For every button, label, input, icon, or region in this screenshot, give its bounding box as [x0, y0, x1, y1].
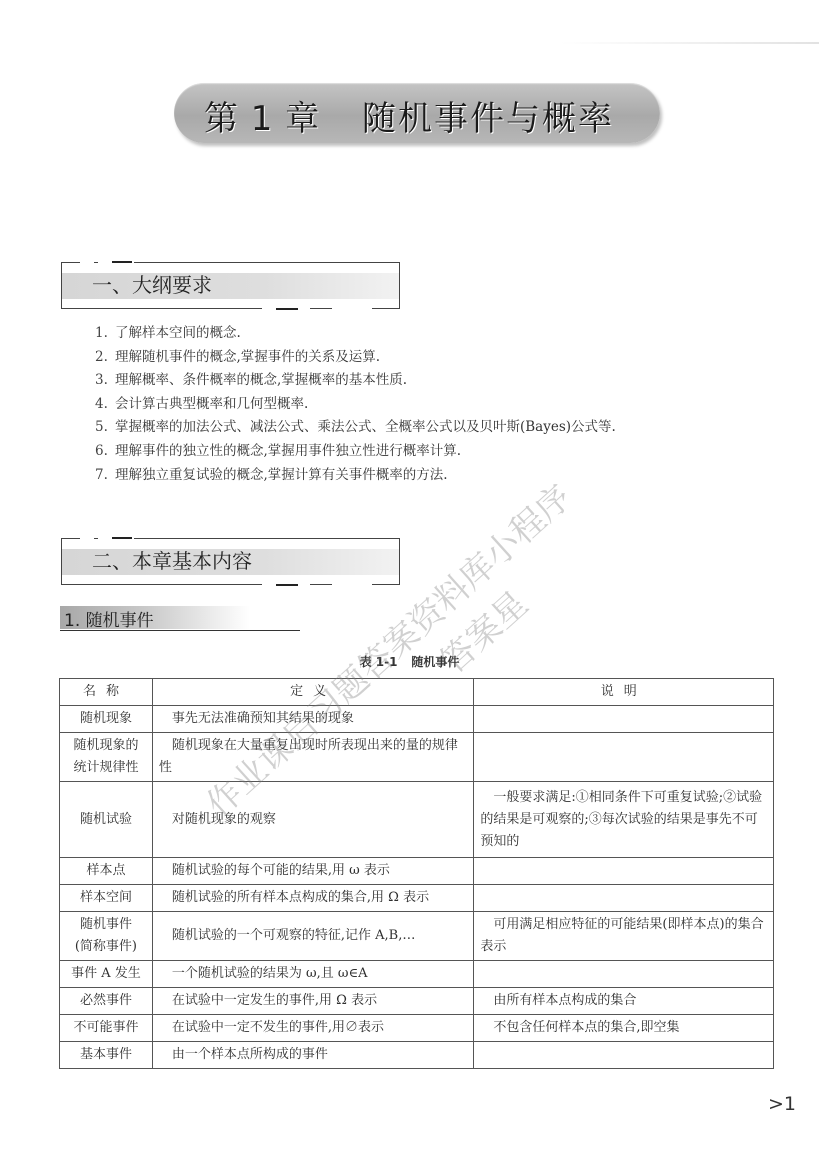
table-header-row: 名称 定义 说明 [60, 679, 774, 706]
list-item: 1.了解样本空间的概念. [95, 322, 795, 346]
table-row: 样本点 随机试验的每个可能的结果,用 ω 表示 [60, 858, 774, 885]
definition-text: 在试验中一定不发生的事件,用∅表示 [172, 1020, 384, 1035]
list-item: 7.理解独立重复试验的概念,掌握计算有关事件概率的方法. [95, 464, 795, 488]
cell-definition: 对随机现象的观察 [152, 782, 474, 858]
table-row: 基本事件 由一个样本点所构成的事件 [60, 1042, 774, 1069]
random-events-table: 名称 定义 说明 随机现象 事先无法准确预知其结果的现象 随机现象的统计规律性 … [59, 678, 774, 1069]
chapter-number: 第 1 章 [204, 91, 320, 140]
table-caption-number: 表 1-1 [360, 655, 398, 669]
table-row: 样本空间 随机试验的所有样本点构成的集合,用 Ω 表示 [60, 885, 774, 912]
cell-name: 随机试验 [60, 782, 153, 858]
cell-note [474, 706, 774, 733]
subsection-heading: 1. 随机事件 [60, 604, 300, 631]
cell-name: 随机现象 [60, 706, 153, 733]
cell-note: 由所有样本点构成的集合 [474, 988, 774, 1015]
item-number: 7. [95, 464, 115, 488]
cell-note: 不包含任何样本点的集合,即空集 [474, 1015, 774, 1042]
list-item: 3.理解概率、条件概率的概念,掌握概率的基本性质. [95, 369, 795, 393]
name-line-1: 随机现象的 [73, 738, 138, 753]
cell-name: 事件 A 发生 [60, 961, 153, 988]
cell-note: 一般要求满足:①相同条件下可重复试验;②试验的结果是可观察的;③每次试验的结果是… [474, 782, 774, 858]
list-item: 4.会计算古典型概率和几何型概率. [95, 393, 795, 417]
chapter-title-banner: 第 1 章 随机事件与概率 [174, 83, 660, 143]
cell-definition: 一个随机试验的结果为 ω,且 ω∈A [152, 961, 474, 988]
frame-gap [80, 261, 94, 264]
definition-text: 随机试验的所有样本点构成的集合,用 Ω 表示 [172, 890, 429, 905]
header-rule [560, 42, 819, 44]
definition-text: 对随机现象的观察 [172, 812, 276, 827]
cell-note [474, 733, 774, 782]
cell-definition: 随机试验的所有样本点构成的集合,用 Ω 表示 [152, 885, 474, 912]
cell-name: 样本空间 [60, 885, 153, 912]
section-title: 二、本章基本内容 [92, 545, 252, 574]
item-text: 会计算古典型概率和几何型概率. [115, 396, 308, 412]
table-row: 不可能事件 在试验中一定不发生的事件,用∅表示 不包含任何样本点的集合,即空集 [60, 1015, 774, 1042]
item-text: 掌握概率的加法公式、减法公式、乘法公式、全概率公式以及贝叶斯(Bayes)公式等… [115, 419, 616, 435]
cell-definition: 随机试验的每个可能的结果,用 ω 表示 [152, 858, 474, 885]
definition-text: 随机现象在大量重复出现时所表现出来的量的规律性 [159, 738, 458, 775]
cell-name: 不可能事件 [60, 1015, 153, 1042]
arrow-decoration-icon [262, 307, 310, 310]
cell-definition: 在试验中一定不发生的事件,用∅表示 [152, 1015, 474, 1042]
section-title: 一、大纲要求 [92, 269, 212, 298]
list-item: 6.理解事件的独立性的概念,掌握用事件独立性进行概率计算. [95, 440, 795, 464]
arrow-decoration-icon [98, 261, 134, 264]
table-row: 随机事件(简称事件) 随机试验的一个可观察的特征,记作 A,B,… 可用满足相应… [60, 912, 774, 961]
cell-note [474, 885, 774, 912]
cell-name: 随机事件(简称事件) [60, 912, 153, 961]
frame-gap [80, 537, 94, 540]
definition-text: 随机试验的每个可能的结果,用 ω 表示 [172, 863, 390, 878]
table-caption-title: 随机事件 [411, 655, 459, 669]
column-header-name: 名称 [60, 679, 153, 706]
cell-name: 必然事件 [60, 988, 153, 1015]
arrow-decoration-icon [98, 537, 134, 540]
cell-name: 基本事件 [60, 1042, 153, 1069]
item-text: 理解概率、条件概率的概念,掌握概率的基本性质. [115, 372, 407, 388]
column-header-definition: 定义 [152, 679, 474, 706]
table-row: 随机现象的统计规律性 随机现象在大量重复出现时所表现出来的量的规律性 [60, 733, 774, 782]
item-number: 5. [95, 416, 115, 440]
cell-definition: 随机试验的一个可观察的特征,记作 A,B,… [152, 912, 474, 961]
table-row: 事件 A 发生 一个随机试验的结果为 ω,且 ω∈A [60, 961, 774, 988]
note-text: 由所有样本点构成的集合 [493, 993, 636, 1008]
arrow-decoration-icon [262, 583, 310, 586]
cell-note [474, 858, 774, 885]
cell-name: 样本点 [60, 858, 153, 885]
item-number: 1. [95, 322, 115, 346]
list-item: 2.理解随机事件的概念,掌握事件的关系及运算. [95, 346, 795, 370]
definition-text: 在试验中一定发生的事件,用 Ω 表示 [172, 993, 377, 1008]
cell-note: 可用满足相应特征的可能结果(即样本点)的集合表示 [474, 912, 774, 961]
section-heading-content: 二、本章基本内容 [61, 538, 400, 585]
name-line-1: 随机事件 [80, 917, 132, 932]
cell-name: 随机现象的统计规律性 [60, 733, 153, 782]
ghost-running-head [660, 76, 819, 98]
table-row: 必然事件 在试验中一定发生的事件,用 Ω 表示 由所有样本点构成的集合 [60, 988, 774, 1015]
definition-text: 一个随机试验的结果为 ω,且 ω∈A [172, 966, 368, 981]
definition-text: 事先无法准确预知其结果的现象 [172, 711, 354, 726]
item-number: 3. [95, 369, 115, 393]
item-text: 理解随机事件的概念,掌握事件的关系及运算. [115, 349, 380, 365]
frame-gap [332, 583, 372, 586]
section-heading-outline: 一、大纲要求 [61, 262, 400, 309]
note-text: 可用满足相应特征的可能结果(即样本点)的集合表示 [480, 917, 763, 954]
frame-gap [332, 307, 372, 310]
table-row: 随机试验 对随机现象的观察 一般要求满足:①相同条件下可重复试验;②试验的结果是… [60, 782, 774, 858]
page-number: >1 [768, 1093, 796, 1115]
cell-definition: 随机现象在大量重复出现时所表现出来的量的规律性 [152, 733, 474, 782]
table-caption: 表 1-1随机事件 [0, 653, 819, 670]
item-text: 理解独立重复试验的概念,掌握计算有关事件概率的方法. [115, 467, 448, 483]
item-number: 2. [95, 346, 115, 370]
definition-text: 随机试验的一个可观察的特征,记作 A,B,… [172, 928, 415, 943]
note-text: 一般要求满足:①相同条件下可重复试验;②试验的结果是可观察的;③每次试验的结果是… [480, 790, 762, 849]
item-number: 4. [95, 393, 115, 417]
syllabus-requirements-list: 1.了解样本空间的概念. 2.理解随机事件的概念,掌握事件的关系及运算. 3.理… [95, 322, 795, 487]
item-text: 了解样本空间的概念. [115, 325, 241, 341]
cell-definition: 由一个样本点所构成的事件 [152, 1042, 474, 1069]
name-line-2: (简称事件) [75, 939, 137, 954]
cell-definition: 事先无法准确预知其结果的现象 [152, 706, 474, 733]
list-item: 5.掌握概率的加法公式、减法公式、乘法公式、全概率公式以及贝叶斯(Bayes)公… [95, 416, 795, 440]
cell-definition: 在试验中一定发生的事件,用 Ω 表示 [152, 988, 474, 1015]
table-row: 随机现象 事先无法准确预知其结果的现象 [60, 706, 774, 733]
cell-note [474, 961, 774, 988]
definition-text: 由一个样本点所构成的事件 [172, 1047, 328, 1062]
subsection-title: 1. 随机事件 [64, 606, 154, 631]
cell-note [474, 1042, 774, 1069]
chapter-title: 随机事件与概率 [362, 91, 614, 140]
name-line-2: 统计规律性 [73, 760, 138, 775]
item-number: 6. [95, 440, 115, 464]
item-text: 理解事件的独立性的概念,掌握用事件独立性进行概率计算. [115, 443, 461, 459]
column-header-note: 说明 [474, 679, 774, 706]
note-text: 不包含任何样本点的集合,即空集 [493, 1020, 679, 1035]
